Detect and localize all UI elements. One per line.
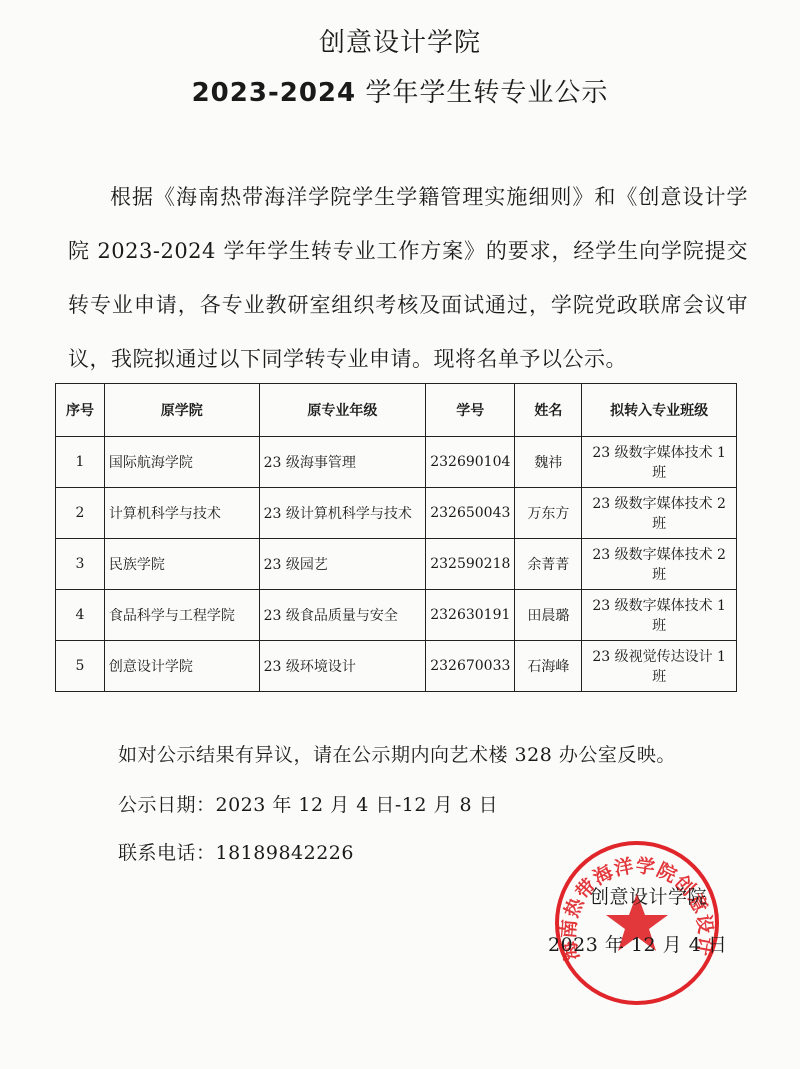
table-row: 4 食品科学与工程学院 23 级食品质量与安全 232630191 田晨璐 23…	[56, 590, 737, 641]
cell-student-id: 232590218	[426, 539, 515, 590]
cell-student-id: 232690104	[426, 437, 515, 488]
col-header-target: 拟转入专业班级	[582, 384, 737, 437]
cell-school: 计算机科学与技术	[104, 488, 259, 539]
cell-student-id: 232630191	[426, 590, 515, 641]
cell-student-id: 232650043	[426, 488, 515, 539]
col-header-major: 原专业年级	[259, 384, 426, 437]
cell-target: 23 级数字媒体技术 1 班	[582, 437, 737, 488]
cell-major: 23 级食品质量与安全	[259, 590, 426, 641]
cell-school: 创意设计学院	[104, 641, 259, 692]
cell-target: 23 级数字媒体技术 2 班	[582, 488, 737, 539]
cell-name: 田晨璐	[515, 590, 582, 641]
cell-major: 23 级计算机科学与技术	[259, 488, 426, 539]
col-header-school: 原学院	[104, 384, 259, 437]
document-title: 创意设计学院	[0, 22, 800, 59]
col-header-index: 序号	[56, 384, 105, 437]
cell-school: 国际航海学院	[104, 437, 259, 488]
cell-school: 民族学院	[104, 539, 259, 590]
col-header-student-id: 学号	[426, 384, 515, 437]
signature-date: 2023 年 12 月 4 日	[548, 930, 727, 957]
cell-name: 石海峰	[515, 641, 582, 692]
transfer-table: 序号 原学院 原专业年级 学号 姓名 拟转入专业班级 1 国际航海学院 23 级…	[55, 383, 737, 692]
document-subtitle: 2023-2024 学年学生转专业公示	[0, 72, 800, 109]
contact-phone: 联系电话：18189842226	[118, 838, 354, 865]
signature-org: 创意设计学院	[590, 882, 707, 909]
cell-name: 万东方	[515, 488, 582, 539]
cell-name: 余菁菁	[515, 539, 582, 590]
cell-major: 23 级园艺	[259, 539, 426, 590]
table-row: 3 民族学院 23 级园艺 232590218 余菁菁 23 级数字媒体技术 2…	[56, 539, 737, 590]
publicity-period: 公示日期：2023 年 12 月 4 日-12 月 8 日	[118, 790, 498, 817]
cell-major: 23 级环境设计	[259, 641, 426, 692]
cell-index: 4	[56, 590, 105, 641]
col-header-name: 姓名	[515, 384, 582, 437]
objection-notice: 如对公示结果有异议，请在公示期内向艺术楼 328 办公室反映。	[118, 740, 676, 767]
cell-target: 23 级视觉传达设计 1 班	[582, 641, 737, 692]
official-seal: 海南热带海洋学院创意设计学院	[552, 838, 722, 1008]
academic-year: 2023-2024	[192, 78, 357, 108]
cell-student-id: 232670033	[426, 641, 515, 692]
table-row: 2 计算机科学与技术 23 级计算机科学与技术 232650043 万东方 23…	[56, 488, 737, 539]
cell-target: 23 级数字媒体技术 2 班	[582, 539, 737, 590]
table-row: 1 国际航海学院 23 级海事管理 232690104 魏祎 23 级数字媒体技…	[56, 437, 737, 488]
table-header-row: 序号 原学院 原专业年级 学号 姓名 拟转入专业班级	[56, 384, 737, 437]
intro-paragraph: 根据《海南热带海洋学院学生学籍管理实施细则》和《创意设计学院 2023-2024…	[68, 170, 748, 386]
cell-index: 3	[56, 539, 105, 590]
cell-school: 食品科学与工程学院	[104, 590, 259, 641]
cell-index: 1	[56, 437, 105, 488]
cell-index: 5	[56, 641, 105, 692]
table-row: 5 创意设计学院 23 级环境设计 232670033 石海峰 23 级视觉传达…	[56, 641, 737, 692]
cell-target: 23 级数字媒体技术 1 班	[582, 590, 737, 641]
cell-index: 2	[56, 488, 105, 539]
cell-name: 魏祎	[515, 437, 582, 488]
subtitle-text: 学年学生转专业公示	[356, 78, 608, 108]
cell-major: 23 级海事管理	[259, 437, 426, 488]
